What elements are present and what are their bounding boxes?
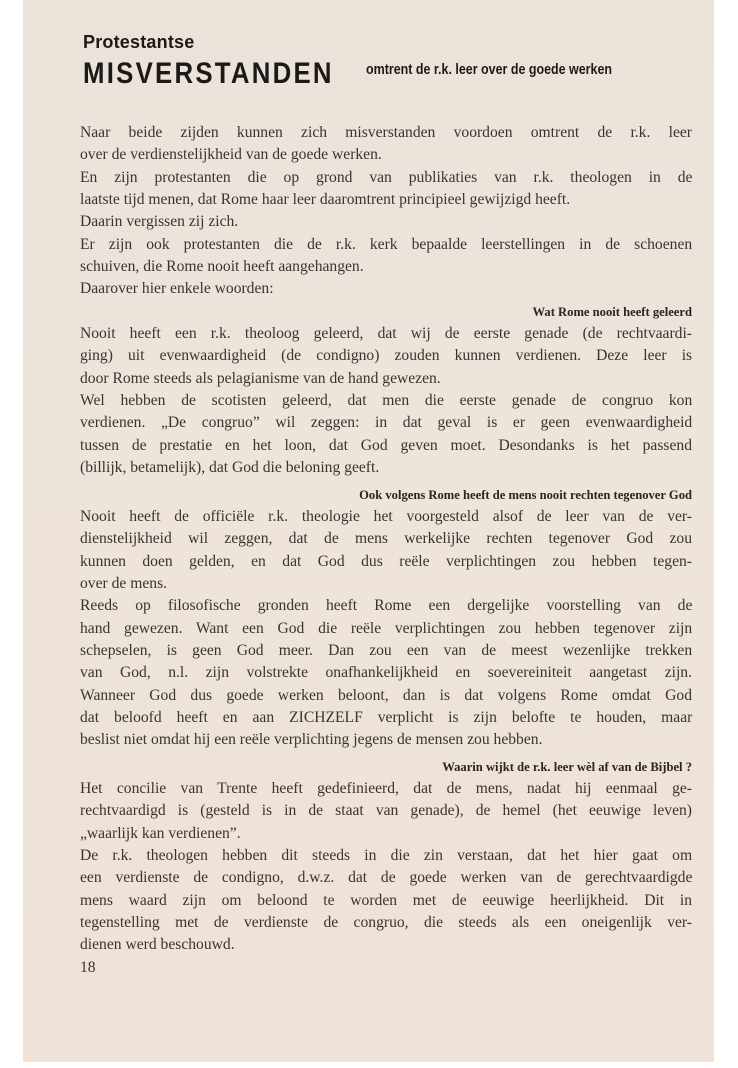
section-2: Ook volgens Rome heeft de mens nooit rec…	[80, 484, 692, 752]
body-line: Het concilie van Trente heeft gedefiniee…	[80, 778, 692, 800]
body-line: schuiven, die Rome nooit heeft aangehang…	[80, 256, 692, 278]
intro-paragraphs: Naar beide zijden kunnen zich misverstan…	[80, 122, 692, 301]
body-line: mens waard zijn om beloond te worden met…	[80, 890, 692, 912]
body-line: En zijn protestanten die op grond van pu…	[80, 167, 692, 189]
article-subtitle: omtrent de r.k. leer over de goede werke…	[366, 62, 612, 78]
body-line: over de verdienstelijkheid van de goede …	[80, 144, 692, 166]
body-line: Naar beide zijden kunnen zich misverstan…	[80, 122, 692, 144]
section-1: Wat Rome nooit heeft geleerd Nooit heeft…	[80, 301, 692, 480]
section-heading: Wat Rome nooit heeft geleerd	[80, 301, 692, 323]
body-line: hand gewezen. Want een God die reële ver…	[80, 618, 692, 640]
body-line: Wanneer God dus goede werken beloont, da…	[80, 685, 692, 707]
body-line: schepselen, is geen God meer. Dan zou ee…	[80, 640, 692, 662]
body-line: kunnen doen gelden, en dat God dus reële…	[80, 551, 692, 573]
body-line: dienen werd beschouwd.	[80, 934, 692, 956]
body-line: verdienen. „De congruo” wil zeggen: in d…	[80, 412, 692, 434]
page-number: 18	[80, 957, 692, 979]
body-line: ging) uit evenwaardigheid (de condigno) …	[80, 345, 692, 367]
body-line: beslist niet omdat hij een reële verplic…	[80, 729, 692, 751]
book-page: Protestantse MISVERSTANDEN omtrent de r.…	[23, 0, 714, 1062]
body-line: dat beloofd heeft en aan ZICHZELF verpli…	[80, 707, 692, 729]
body-line: over de mens.	[80, 573, 692, 595]
body-line: Daarover hier enkele woorden:	[80, 278, 692, 300]
body-line: rechtvaardigd is (gesteld is in de staat…	[80, 800, 692, 822]
body-line: door Rome steeds als pelagianisme van de…	[80, 368, 692, 390]
section-3: Waarin wijkt de r.k. leer wèl af van de …	[80, 756, 692, 957]
body-line: Nooit heeft een r.k. theoloog geleerd, d…	[80, 323, 692, 345]
body-line: Nooit heeft de officiële r.k. theologie …	[80, 506, 692, 528]
article-title: MISVERSTANDEN	[83, 57, 334, 91]
article-kicker: Protestantse	[83, 32, 194, 53]
body-line: „waarlijk kan verdienen”.	[80, 823, 692, 845]
body-line: dienstelijkheid wil zeggen, dat de mens …	[80, 528, 692, 550]
article-body: Naar beide zijden kunnen zich misverstan…	[80, 122, 692, 979]
body-line: Er zijn ook protestanten die de r.k. ker…	[80, 234, 692, 256]
section-heading: Waarin wijkt de r.k. leer wèl af van de …	[80, 756, 692, 778]
body-line: (billijk, betamelijk), dat God die belon…	[80, 457, 692, 479]
body-line: Reeds op filosofische gronden heeft Rome…	[80, 595, 692, 617]
body-line: De r.k. theologen hebben dit steeds in d…	[80, 845, 692, 867]
body-line: Daarin vergissen zij zich.	[80, 211, 692, 233]
body-line: een verdienste de condigno, d.w.z. dat d…	[80, 867, 692, 889]
body-line: tussen de prestatie en het loon, dat God…	[80, 435, 692, 457]
body-line: Wel hebben de scotisten geleerd, dat men…	[80, 390, 692, 412]
section-heading: Ook volgens Rome heeft de mens nooit rec…	[80, 484, 692, 506]
body-line: tegenstelling met de verdienste de congr…	[80, 912, 692, 934]
body-line: van God, n.l. zijn volstrekte onafhankel…	[80, 662, 692, 684]
body-line: laatste tijd menen, dat Rome haar leer d…	[80, 189, 692, 211]
